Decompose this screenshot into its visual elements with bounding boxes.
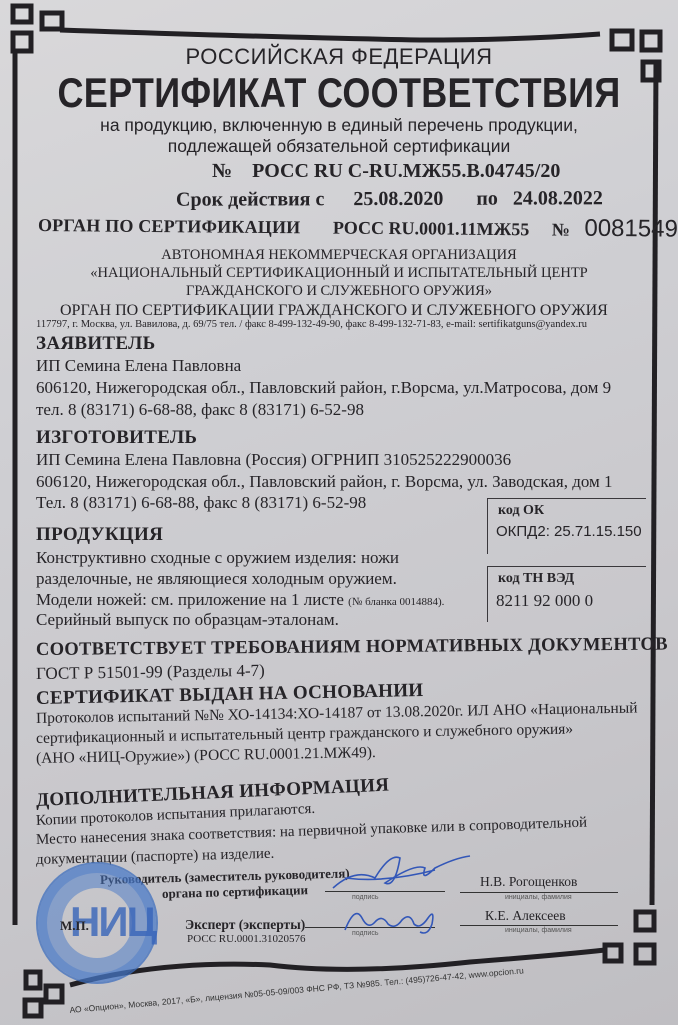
head-name-line — [460, 892, 618, 893]
number-symbol: № — [212, 160, 232, 182]
org-line-4: ОРГАН ПО СЕРТИФИКАЦИИ ГРАЖДАНСКОГО И СЛУ… — [60, 302, 608, 320]
certificate-title: СЕРТИФИКАТ СООТВЕТСТВИЯ — [0, 69, 678, 117]
ok-code-label: код ОК — [498, 503, 544, 519]
validity-label: Срок действия с — [176, 188, 324, 212]
certificate-document: РОССИЙСКАЯ ФЕДЕРАЦИЯ СЕРТИФИКАТ СООТВЕТС… — [0, 0, 678, 1025]
product-line-2: разделочные, не являющиеся холодным оруж… — [36, 569, 397, 589]
tnved-code-box: код ТН ВЭД 8211 92 000 0 — [487, 566, 646, 622]
product-line-1: Конструктивно сходные с оружием изделия:… — [36, 548, 399, 568]
expert-signature-line — [305, 927, 435, 928]
certification-body-code: РОСС RU.0001.11МЖ55 — [333, 218, 530, 240]
ok-code-value: ОКПД2: 25.71.15.150 — [496, 523, 642, 540]
certificate-number-value: РОСС RU C-RU.МЖ55.В.04745/20 — [252, 160, 560, 182]
product-models: Модели ножей: см. приложение на 1 листе — [36, 590, 344, 609]
valid-to: 24.08.2022 — [513, 187, 603, 210]
certification-body-address: 117797, г. Москва, ул. Вавилова, д. 69/7… — [36, 319, 587, 330]
manufacturer-name: ИП Семина Елена Павловна (Россия) ОГРНИП… — [36, 450, 511, 470]
head-name: Н.В. Рогощенков — [480, 874, 577, 890]
product-line-3: Модели ножей: см. приложение на 1 листе … — [36, 590, 444, 610]
applicant-heading: ЗАЯВИТЕЛЬ — [36, 333, 155, 355]
blank-number: 0081549 — [584, 215, 678, 243]
product-line-4: Серийный выпуск по образцам-эталонам. — [36, 610, 339, 630]
head-signature-line — [325, 891, 445, 892]
official-seal: НИЦ — [36, 862, 158, 984]
additional-line-3: документации (паспорте) на изделие. — [36, 846, 275, 869]
valid-from: 25.08.2020 — [353, 188, 443, 211]
org-line-1: АВТОНОМНАЯ НЕКОММЕРЧЕСКАЯ ОРГАНИЗАЦИЯ — [0, 247, 678, 264]
validity-to-label: по — [476, 188, 498, 211]
basis-line-3: (АНО «НИЦ-Оружие») (РОСС RU.0001.21.МЖ49… — [36, 744, 376, 768]
expert-name-caption: инициалы, фамилия — [505, 927, 572, 934]
compliance-heading: СООТВЕТСТВУЕТ ТРЕБОВАНИЯМ НОРМАТИВНЫХ ДО… — [36, 634, 668, 661]
manufacturer-address: 606120, Нижегородская обл., Павловский р… — [36, 472, 613, 492]
validity-period: Срок действия с 25.08.2020 по 24.08.2022 — [176, 187, 603, 211]
head-name-caption: инициалы, фамилия — [505, 894, 572, 901]
manufacturer-heading: ИЗГОТОВИТЕЛЬ — [36, 427, 197, 449]
expert-name-line — [460, 925, 618, 926]
certificate-number: №РОСС RU C-RU.МЖ55.В.04745/20 — [212, 160, 560, 183]
country-heading: РОССИЙСКАЯ ФЕДЕРАЦИЯ — [0, 44, 678, 70]
printer-footer: АО «Опцион», Москва, 2017, «Б», лицензия… — [69, 965, 524, 1015]
certificate-subtitle: на продукцию, включенную в единый перече… — [0, 115, 678, 157]
tnved-code-value: 8211 92 000 0 — [496, 591, 593, 611]
product-blank-ref: (№ бланка 0014884). — [348, 596, 444, 608]
printer-footer-text: АО «Опцион», Москва, 2017, «Б», лицензия… — [69, 965, 524, 1015]
applicant-address: 606120, Нижегородская обл., Павловский р… — [36, 378, 611, 398]
head-signature-caption: подпись — [352, 894, 378, 901]
subtitle-line-1: на продукцию, включенную в единый перече… — [0, 115, 678, 136]
expert-name: К.Е. Алексеев — [485, 908, 566, 924]
ok-code-box: код ОК ОКПД2: 25.71.15.150 — [487, 498, 646, 554]
org-line-2: «НАЦИОНАЛЬНЫЙ СЕРТИФИКАЦИОННЫЙ И ИСПЫТАТ… — [0, 265, 678, 282]
expert-label: Эксперт (эксперты) — [185, 917, 305, 933]
certification-body-label: ОРГАН ПО СЕРТИФИКАЦИИ — [38, 215, 301, 237]
tnved-code-label: код ТН ВЭД — [498, 571, 574, 587]
org-line-3: ГРАЖДАНСКОГО И СЛУЖЕБНОГО ОРУЖИЯ» — [0, 283, 678, 300]
manufacturer-phone: Тел. 8 (83171) 6-68-88, факс 8 (83171) 6… — [36, 493, 366, 513]
expert-signature-caption: подпись — [352, 930, 378, 937]
head-signature-label-2: органа по сертификации — [162, 882, 308, 902]
seal-label: М.П. — [60, 918, 89, 934]
product-heading: ПРОДУКЦИЯ — [36, 524, 163, 546]
compliance-standard: ГОСТ Р 51501-99 (Разделы 4-7) — [36, 661, 265, 684]
expert-code: РОСС RU.0001.31020576 — [187, 933, 306, 945]
applicant-phone: тел. 8 (83171) 6-68-88, факс 8 (83171) 6… — [36, 400, 364, 420]
certification-body-line: ОРГАН ПО СЕРТИФИКАЦИИ РОСС RU.0001.11МЖ5… — [38, 210, 678, 244]
applicant-name: ИП Семина Елена Павловна — [36, 356, 241, 376]
blank-number-symbol: № — [552, 219, 570, 239]
subtitle-line-2: подлежащей обязательной сертификации — [0, 136, 678, 157]
